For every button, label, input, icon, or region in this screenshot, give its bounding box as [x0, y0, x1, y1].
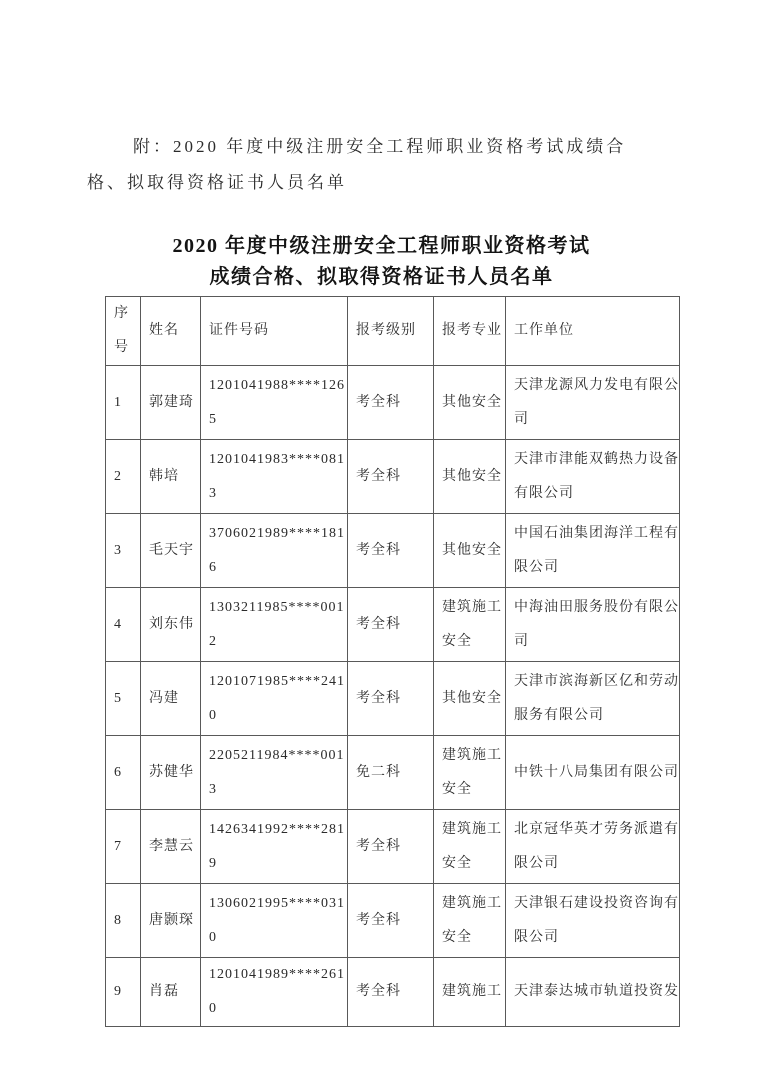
table-row: 7 李慧云 1426341992****2819 考全科 建筑施工安全 北京冠华… [106, 810, 680, 884]
table-row: 3 毛天宇 3706021989****1816 考全科 其他安全 中国石油集团… [106, 514, 680, 588]
document-page: 附：2020 年度中级注册安全工程师职业资格考试成绩合格、拟取得资格证书人员名单… [0, 0, 763, 1080]
cell-exam-major: 建筑施工安全 [434, 884, 506, 958]
results-table: 序号 姓名 证件号码 报考级别 报考专业 工作单位 1 郭建琦 12010419… [105, 296, 680, 1027]
cell-exam-major: 其他安全 [434, 366, 506, 440]
table-row: 1 郭建琦 1201041988****1265 考全科 其他安全 天津龙源风力… [106, 366, 680, 440]
cell-employer: 天津市津能双鹤热力设备有限公司 [506, 440, 680, 514]
header-cell-name: 姓名 [141, 297, 201, 366]
header-cell-exam-major: 报考专业 [434, 297, 506, 366]
cell-id-number: 1201041983****0813 [201, 440, 348, 514]
cell-serial: 5 [106, 662, 141, 736]
cell-exam-major: 其他安全 [434, 662, 506, 736]
cell-employer: 北京冠华英才劳务派遣有限公司 [506, 810, 680, 884]
cell-serial: 4 [106, 588, 141, 662]
cell-exam-major: 建筑施工安全 [434, 810, 506, 884]
cell-employer: 天津泰达城市轨道投资发 [506, 958, 680, 1027]
table-header-row: 序号 姓名 证件号码 报考级别 报考专业 工作单位 [106, 297, 680, 366]
cell-employer: 中铁十八局集团有限公司 [506, 736, 680, 810]
cell-id-number: 1201041989****2610 [201, 958, 348, 1027]
cell-id-number: 1201071985****2410 [201, 662, 348, 736]
table-row: 8 唐颢琛 1306021995****0310 考全科 建筑施工安全 天津银石… [106, 884, 680, 958]
document-title-line1: 2020 年度中级注册安全工程师职业资格考试 [0, 231, 763, 262]
cell-exam-level: 考全科 [348, 958, 434, 1027]
table-row: 2 韩培 1201041983****0813 考全科 其他安全 天津市津能双鹤… [106, 440, 680, 514]
header-cell-id-number: 证件号码 [201, 297, 348, 366]
cell-id-number: 1306021995****0310 [201, 884, 348, 958]
table-row: 5 冯建 1201071985****2410 考全科 其他安全 天津市滨海新区… [106, 662, 680, 736]
cell-exam-major: 建筑施工 [434, 958, 506, 1027]
cell-exam-major: 建筑施工安全 [434, 736, 506, 810]
cell-exam-level: 考全科 [348, 514, 434, 588]
cell-exam-major: 建筑施工安全 [434, 588, 506, 662]
header-cell-serial: 序号 [106, 297, 141, 366]
cell-exam-level: 考全科 [348, 440, 434, 514]
cell-serial: 9 [106, 958, 141, 1027]
cell-serial: 8 [106, 884, 141, 958]
cell-id-number: 1303211985****0012 [201, 588, 348, 662]
attachment-note: 附：2020 年度中级注册安全工程师职业资格考试成绩合格、拟取得资格证书人员名单 [87, 129, 647, 201]
cell-name: 刘东伟 [141, 588, 201, 662]
cell-id-number: 2205211984****0013 [201, 736, 348, 810]
cell-exam-major: 其他安全 [434, 440, 506, 514]
cell-exam-level: 考全科 [348, 662, 434, 736]
cell-employer: 天津银石建设投资咨询有限公司 [506, 884, 680, 958]
cell-id-number: 1201041988****1265 [201, 366, 348, 440]
cell-id-number: 1426341992****2819 [201, 810, 348, 884]
table-row: 9 肖磊 1201041989****2610 考全科 建筑施工 天津泰达城市轨… [106, 958, 680, 1027]
cell-name: 郭建琦 [141, 366, 201, 440]
cell-id-number: 3706021989****1816 [201, 514, 348, 588]
cell-exam-level: 考全科 [348, 810, 434, 884]
table-row: 6 苏健华 2205211984****0013 免二科 建筑施工安全 中铁十八… [106, 736, 680, 810]
document-title: 2020 年度中级注册安全工程师职业资格考试 成绩合格、拟取得资格证书人员名单 [0, 231, 763, 293]
cell-employer: 天津龙源风力发电有限公司 [506, 366, 680, 440]
cell-name: 冯建 [141, 662, 201, 736]
cell-serial: 3 [106, 514, 141, 588]
cell-name: 苏健华 [141, 736, 201, 810]
cell-employer: 天津市滨海新区亿和劳动服务有限公司 [506, 662, 680, 736]
cell-serial: 1 [106, 366, 141, 440]
cell-name: 唐颢琛 [141, 884, 201, 958]
cell-name: 韩培 [141, 440, 201, 514]
cell-name: 肖磊 [141, 958, 201, 1027]
cell-serial: 2 [106, 440, 141, 514]
cell-serial: 6 [106, 736, 141, 810]
cell-exam-level: 考全科 [348, 884, 434, 958]
header-cell-employer: 工作单位 [506, 297, 680, 366]
cell-name: 毛天宇 [141, 514, 201, 588]
cell-employer: 中海油田服务股份有限公司 [506, 588, 680, 662]
cell-exam-major: 其他安全 [434, 514, 506, 588]
header-cell-exam-level: 报考级别 [348, 297, 434, 366]
document-title-line2: 成绩合格、拟取得资格证书人员名单 [0, 262, 763, 293]
cell-exam-level: 考全科 [348, 366, 434, 440]
table-row: 4 刘东伟 1303211985****0012 考全科 建筑施工安全 中海油田… [106, 588, 680, 662]
cell-exam-level: 考全科 [348, 588, 434, 662]
cell-serial: 7 [106, 810, 141, 884]
cell-name: 李慧云 [141, 810, 201, 884]
cell-employer: 中国石油集团海洋工程有限公司 [506, 514, 680, 588]
cell-exam-level: 免二科 [348, 736, 434, 810]
